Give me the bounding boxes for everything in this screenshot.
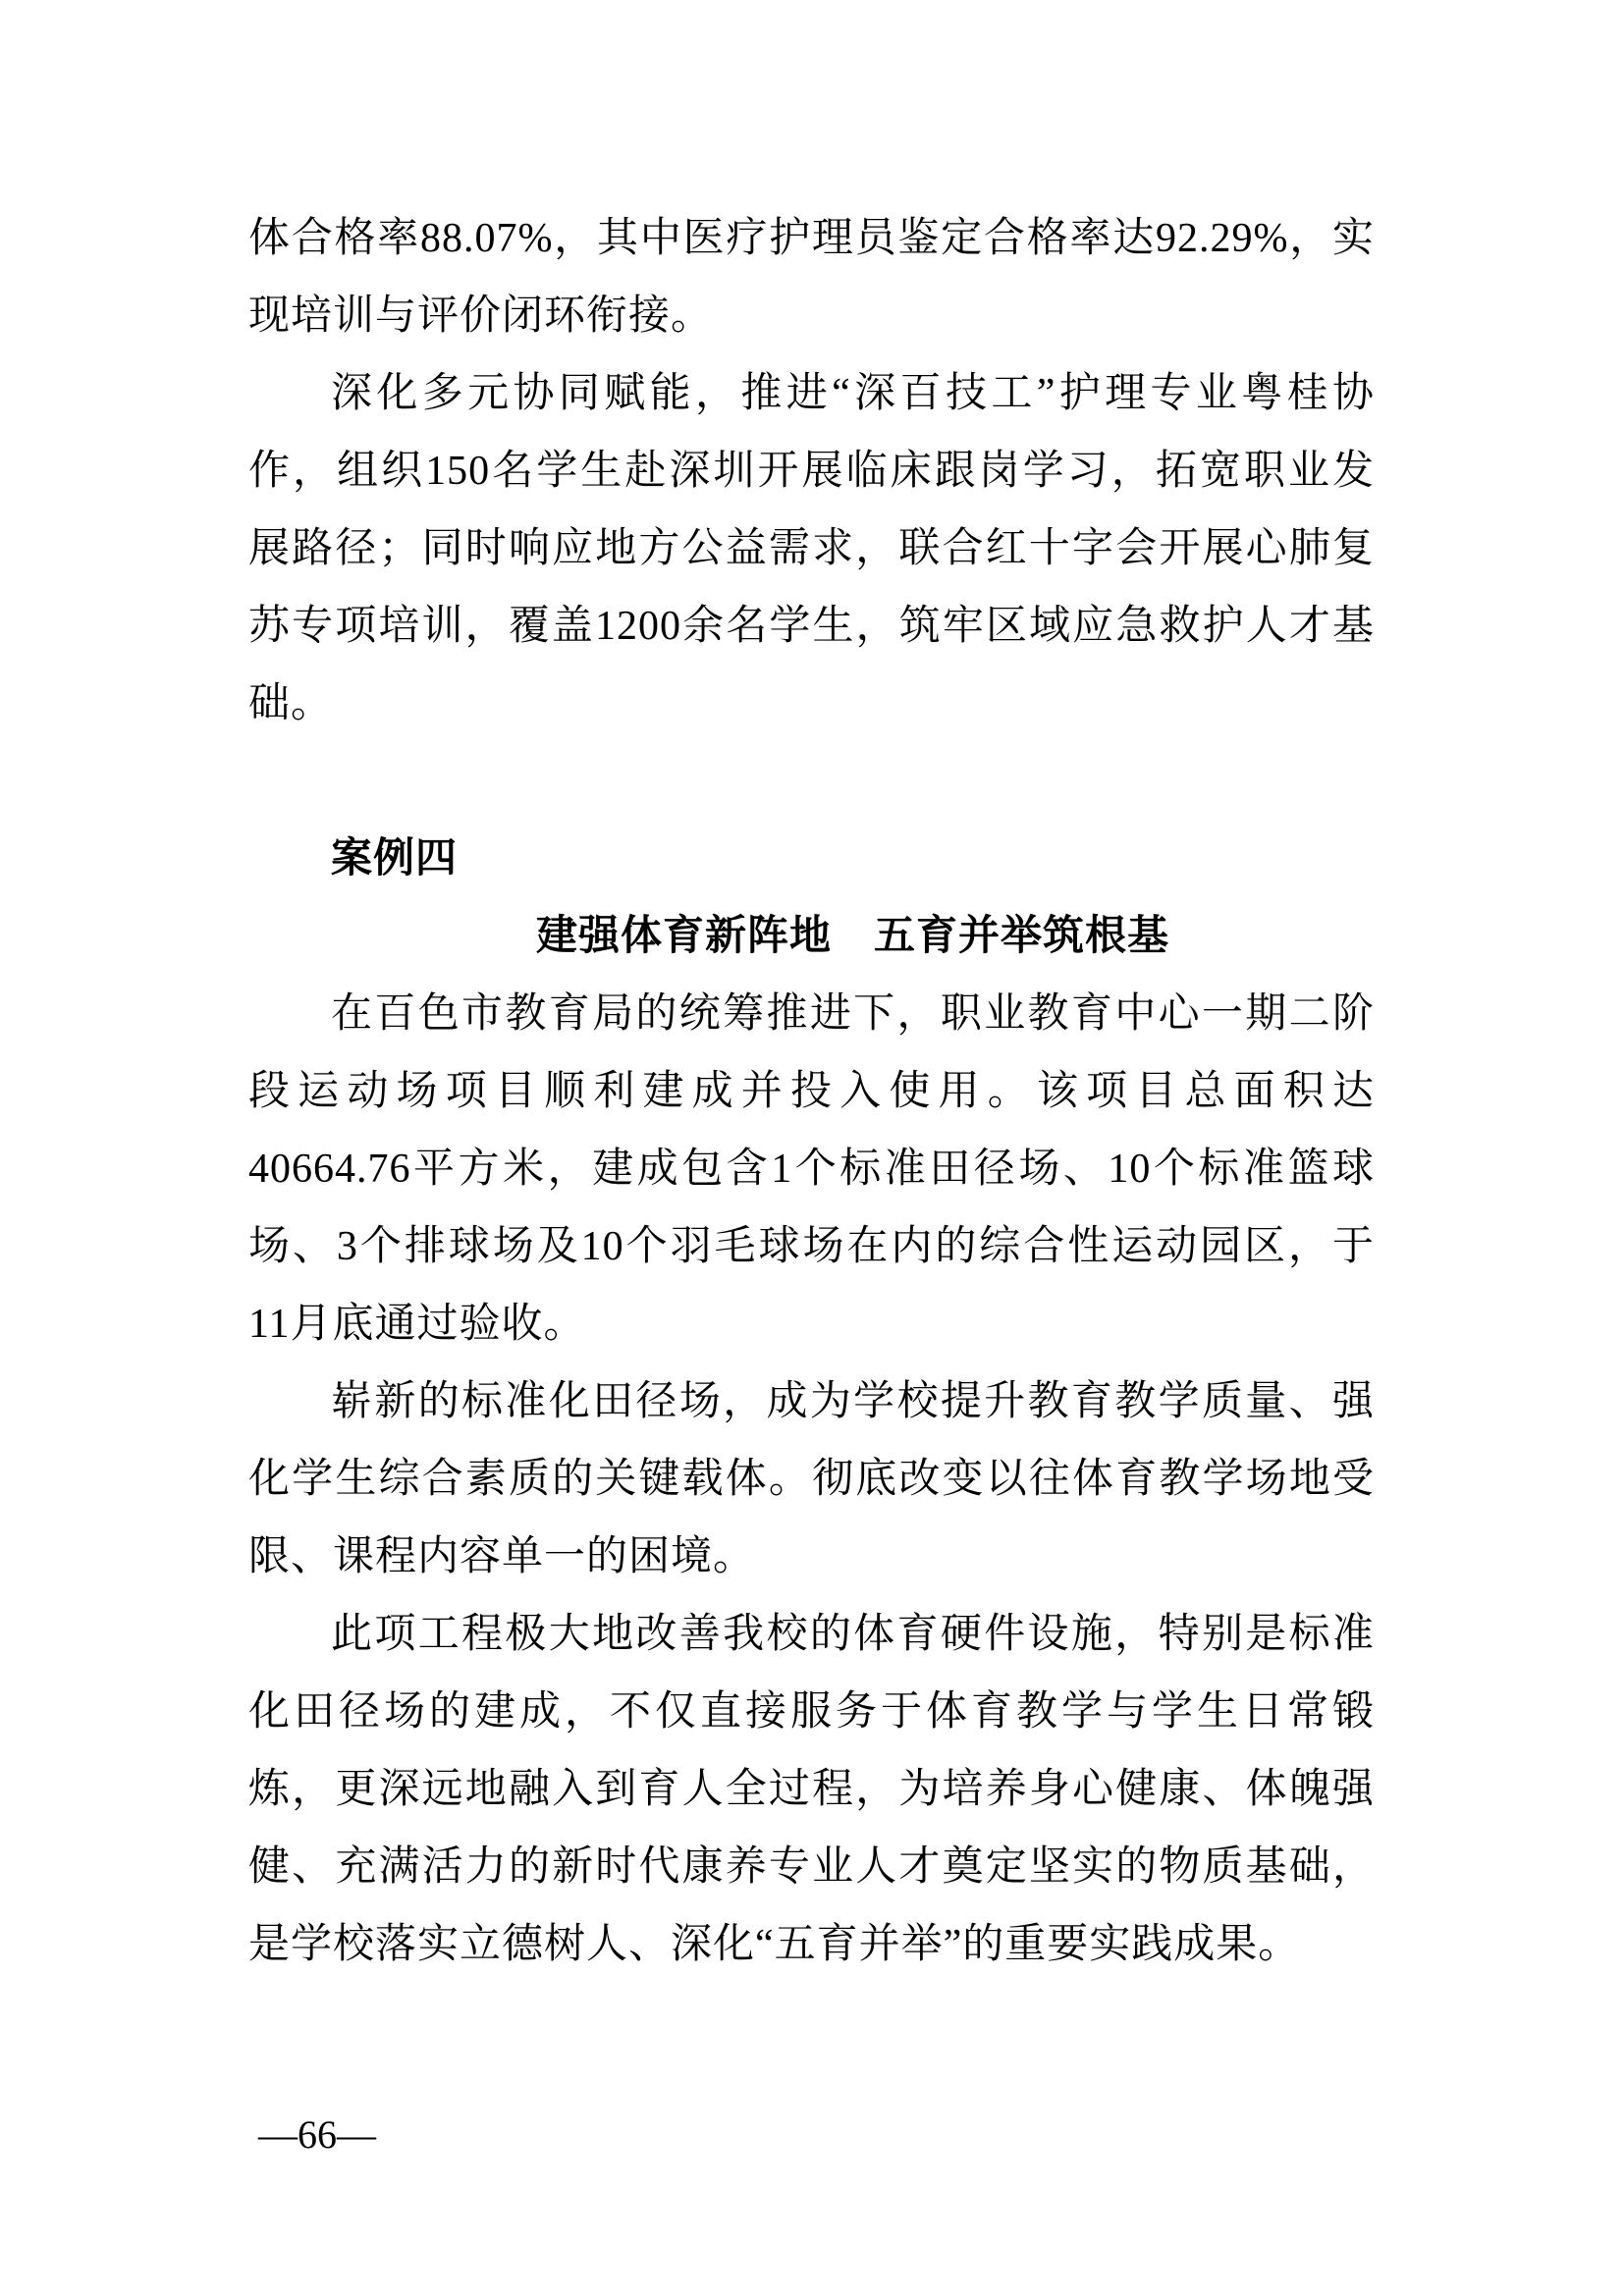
- paragraph-3: 在百色市教育局的统筹推进下，职业教育中心一期二阶 段运动场项目顺利建成并投入使用…: [248, 976, 1375, 1363]
- text-line: 础。: [248, 666, 1375, 743]
- case-heading: 案例四: [248, 821, 1375, 898]
- case-title: 建强体育新阵地 五育并举筑根基: [248, 898, 1375, 976]
- text-line: 11月底通过验收。: [248, 1286, 1375, 1363]
- text-line: 段运动场项目顺利建成并投入使用。该项目总面积达: [248, 1053, 1375, 1131]
- blank-line: [248, 743, 1375, 821]
- text-line: 崭新的标准化田径场，成为学校提升教育教学质量、强: [248, 1363, 1375, 1441]
- paragraph-1: 体合格率88.07%，其中医疗护理员鉴定合格率达92.29%，实 现培训与评价闭…: [248, 200, 1375, 355]
- text-line: 体合格率88.07%，其中医疗护理员鉴定合格率达92.29%，实: [248, 200, 1375, 278]
- document-page: 体合格率88.07%，其中医疗护理员鉴定合格率达92.29%，实 现培训与评价闭…: [0, 0, 1624, 2296]
- text-line: 苏专项培训，覆盖1200余名学生，筑牢区域应急救护人才基: [248, 588, 1375, 666]
- text-line: 场、3个排球场及10个羽毛球场在内的综合性运动园区，于: [248, 1208, 1375, 1286]
- text-line: 健、充满活力的新时代康养专业人才奠定坚实的物质基础，: [248, 1829, 1375, 1906]
- text-line: 40664.76平方米，建成包含1个标准田径场、10个标准篮球: [248, 1131, 1375, 1208]
- text-line: 深化多元协同赋能，推进“深百技工”护理专业粤桂协: [248, 355, 1375, 433]
- text-line: 此项工程极大地改善我校的体育硬件设施，特别是标准: [248, 1596, 1375, 1674]
- page-number: —66—: [258, 2112, 376, 2158]
- text-line: 作，组织150名学生赴深圳开展临床跟岗学习，拓宽职业发: [248, 433, 1375, 510]
- text-line: 化田径场的建成，不仅直接服务于体育教学与学生日常锻: [248, 1674, 1375, 1751]
- text-line: 在百色市教育局的统筹推进下，职业教育中心一期二阶: [248, 976, 1375, 1053]
- paragraph-4: 崭新的标准化田径场，成为学校提升教育教学质量、强 化学生综合素质的关键载体。彻底…: [248, 1363, 1375, 1596]
- text-line: 限、课程内容单一的困境。: [248, 1519, 1375, 1596]
- text-line: 化学生综合素质的关键载体。彻底改变以往体育教学场地受: [248, 1441, 1375, 1519]
- page-body: 体合格率88.07%，其中医疗护理员鉴定合格率达92.29%，实 现培训与评价闭…: [248, 200, 1375, 1984]
- text-line: 现培训与评价闭环衔接。: [248, 278, 1375, 355]
- text-line: 是学校落实立德树人、深化“五育并举”的重要实践成果。: [248, 1906, 1375, 1984]
- text-line: 炼，更深远地融入到育人全过程，为培养身心健康、体魄强: [248, 1751, 1375, 1829]
- text-line: 展路径；同时响应地方公益需求，联合红十字会开展心肺复: [248, 510, 1375, 588]
- paragraph-2: 深化多元协同赋能，推进“深百技工”护理专业粤桂协 作，组织150名学生赴深圳开展…: [248, 355, 1375, 743]
- paragraph-5: 此项工程极大地改善我校的体育硬件设施，特别是标准 化田径场的建成，不仅直接服务于…: [248, 1596, 1375, 1984]
